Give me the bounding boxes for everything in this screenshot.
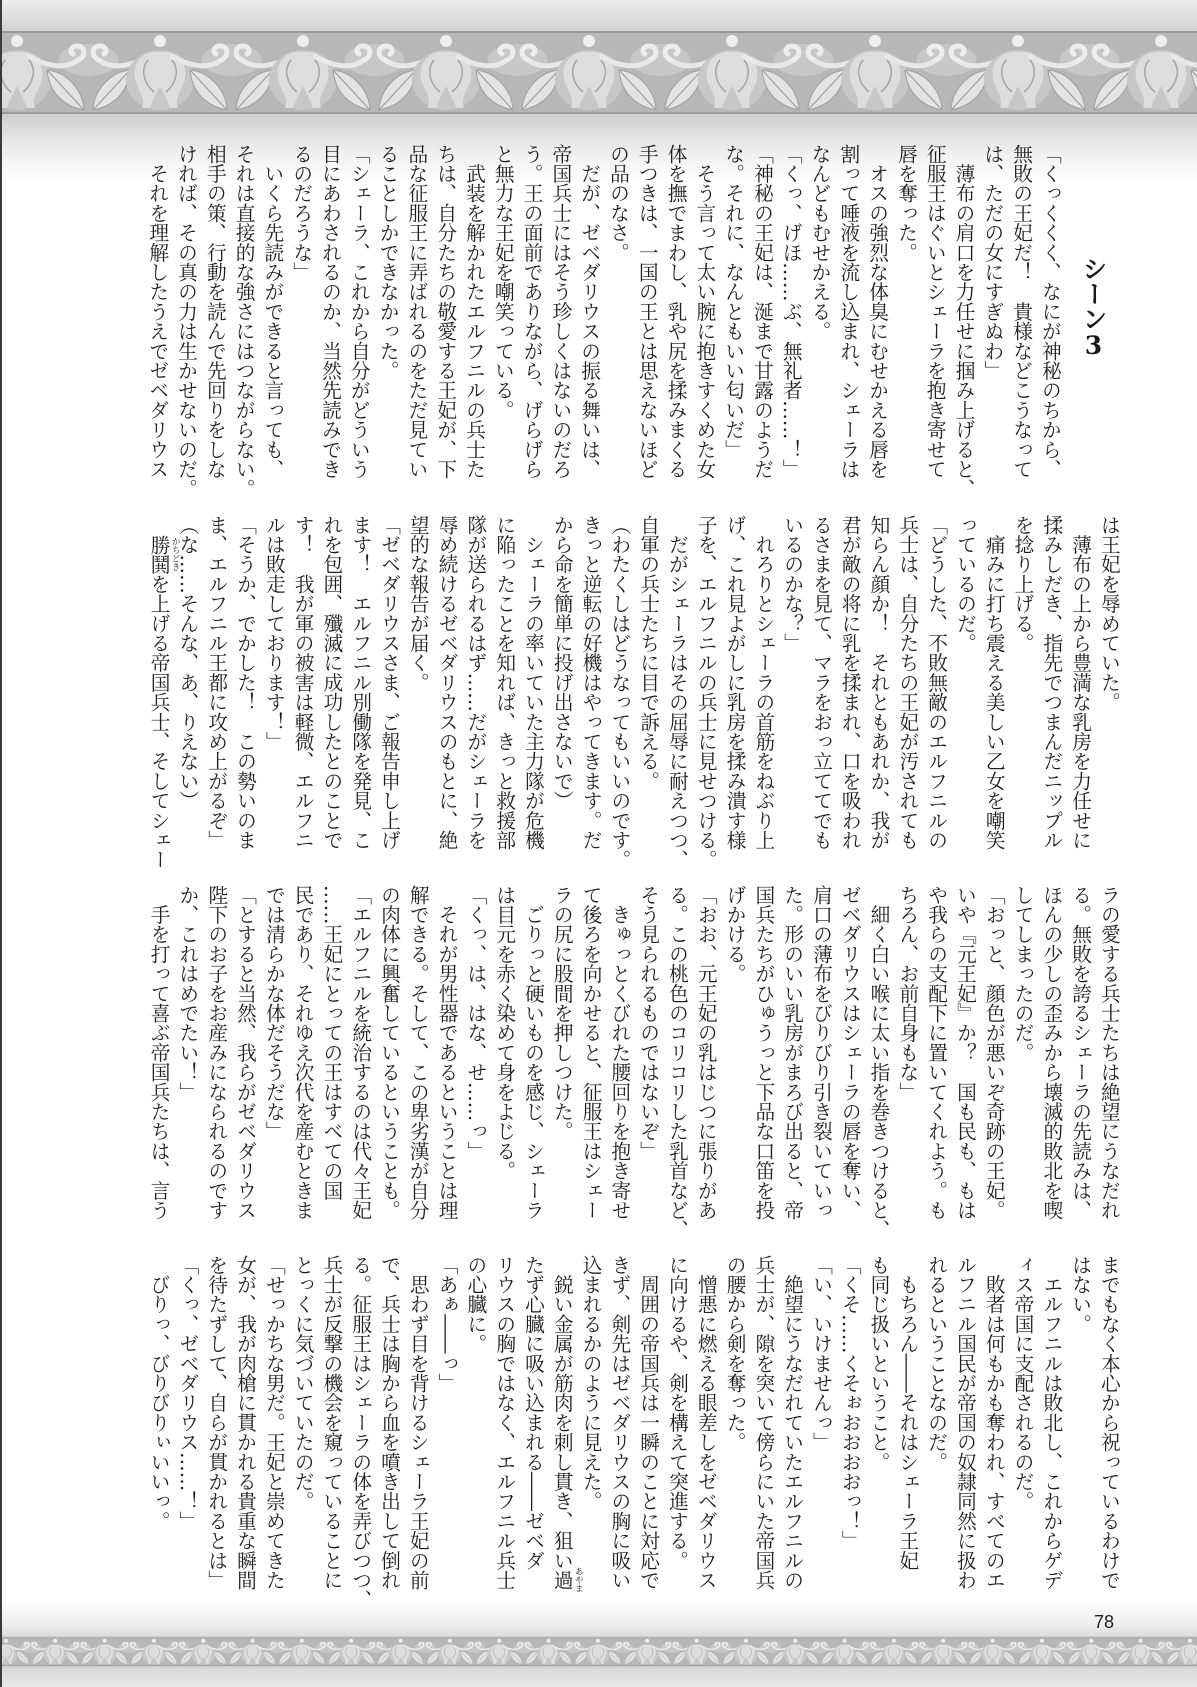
text-line: に向けるや、剣を構えて突進する。 (662, 1255, 691, 1600)
text-line: 知らん顔か！ それともあれか、我が (863, 515, 892, 860)
text-line: 「い、いけませんっ」 (806, 1255, 835, 1600)
text-line: そう言って太い腕に抱きすくめた女 (689, 144, 718, 489)
ruby-word: 勝鬨かちどき (147, 535, 170, 574)
text-line: では清らかな体だそうだな」 (259, 885, 288, 1230)
page-edge-line (0, 0, 2, 1687)
line-text-before: 鋭い金属が筋肉を刺し貫き、狙い (550, 1255, 573, 1570)
text-line: ちは、自分たちの敬愛する王妃が、下 (430, 144, 459, 489)
text-line: う。王の面前でありながら、げらげら (516, 144, 545, 489)
text-line: 自軍の兵士たちに目で訴える。 (633, 515, 662, 860)
text-line: る。この桃色のコリコリした乳首など、 (662, 885, 691, 1230)
text-line: 「そうか、でかした！ この勢いのま (230, 515, 259, 860)
text-line: の品のなさ。 (603, 144, 632, 489)
text-line: 痛みに打ち震える美しい乙女を嘲笑 (978, 515, 1007, 860)
text-line: ければ、その真の力は生かせないのだ。 (171, 144, 200, 489)
text-line: 品な征服王に弄ばれるのをただ見てい (401, 144, 430, 489)
text-line: 憎悪に燃える眼差しをゼベダリウス (690, 1255, 719, 1600)
text-line: きず、剣先はゼベダリウスの胸に吸い (604, 1255, 633, 1600)
text-line: ることしかできなかった。 (372, 144, 401, 489)
text-line: は、ただの女にすぎぬわ」 (977, 144, 1006, 489)
page-number: 78 (1094, 1612, 1114, 1633)
text-line: 「あぁ――っ」 (431, 1255, 460, 1600)
text-line: 兵士が、隙を突いて傍らにいた帝国兵 (748, 1255, 777, 1600)
text-line: や我らの支配下に置いてくれよう。も (921, 885, 950, 1230)
text-line: 「ゼベダリウスさま、ご報告申し上げ (374, 515, 403, 860)
text-line: 「エルフニルを統治するのは代々王妃 (345, 885, 374, 1230)
text-line: ルフニル国民が帝国の奴隷同然に扱わ (950, 1255, 979, 1600)
text-line: な。それに、なんともいい匂いだ」 (718, 144, 747, 489)
text-line: 「くそ……くそぉおおおおっ！」 (834, 1255, 863, 1600)
text-line-with-ruby: 勝鬨かちどきを上げる帝国兵士、そしてシェー (143, 515, 172, 860)
text-line: ほんの少しの歪みから壊滅的敗北を喫 (1036, 885, 1065, 1230)
text-line: 「くっ、げほ……ぶ、無礼者……！」 (775, 144, 804, 489)
text-line: 「くっ、ゼベダリウス……！」 (172, 1255, 201, 1600)
ruby-base: 勝鬨 (147, 535, 170, 574)
text-line: 揉みしだき、指先でつまんだニップル (1036, 515, 1065, 860)
text-line: は王妃を辱めていた。 (1094, 515, 1123, 860)
text-line: それが男性器であるということは理 (431, 885, 460, 1230)
text-line: 手を打って喜ぶ帝国兵たちは、言う (143, 885, 172, 1230)
footer-ornament-border (0, 1630, 1197, 1675)
text-line: 「シェーラ、これから自分がどういう (343, 144, 372, 489)
text-line: それは直接的な強さにはつながらない。 (228, 144, 257, 489)
text-line: 解できる。そして、この卑劣漢が自分 (402, 885, 431, 1230)
text-line: 武装を解かれたエルフニルの兵士た (459, 144, 488, 489)
text-line: 込まれるかのように見えた。 (575, 1255, 604, 1600)
text-line: 「神秘の王妃は、涎まで甘露のようだ (747, 144, 776, 489)
text-line: れるということなのだ。 (921, 1255, 950, 1600)
text-line: るさまを見て、マラをおっ立ててでも (806, 515, 835, 860)
text-line: 割って唾液を流し込まれ、シェーラは (833, 144, 862, 489)
text-line: っているのだ。 (950, 515, 979, 860)
text-line: してしまったのだ。 (1007, 885, 1036, 1230)
text-line: 帝国兵士にはそう珍しくはないのだろ (545, 144, 574, 489)
text-line: 薄布の上から豊満な乳房を力任せに (1065, 515, 1094, 860)
text-line: れを包囲、殲滅に成功したとのことで (316, 515, 345, 860)
text-line: いくら先読みができると言っても、 (257, 144, 286, 489)
text-line: 周囲の帝国兵は一瞬のことに対応で (633, 1255, 662, 1600)
text-line: リウスの胸ではなく、エルフニル兵士 (489, 1255, 518, 1600)
header-ornament-border (0, 0, 1197, 125)
text-line: 肩口の薄布をびりびり引き裂いていっ (806, 885, 835, 1230)
text-line: 征服王はぐいとシェーラを抱き寄せて (919, 144, 948, 489)
text-line: の腰から剣を奪った。 (719, 1255, 748, 1600)
text-line: も同じ扱いということ。 (863, 1255, 892, 1600)
text-tier-4: までもなく本心から祝っているわけで はない。 エルフニルは敗北し、これからゲデ … (143, 1255, 1122, 1600)
text-line: それを理解したうえでゼベダリウス (142, 144, 171, 489)
text-line: 絶望にうなだれていたエルフニルの (777, 1255, 806, 1600)
text-line: て後ろを向かせると、征服王はシェー (575, 885, 604, 1230)
text-line: ます！ エルフニル別働隊を発見、こ (345, 515, 374, 860)
text-tier-1: 「くっくくく、なにが神秘のちから、 無敗の王妃だ！ 貴様などこうなって は、ただ… (142, 144, 1064, 489)
text-line: ……王妃にとっての王はすべての国 (316, 885, 345, 1230)
text-line: 「おお、元王妃の乳はじつに張りがあ (690, 885, 719, 1230)
text-line: 相手の策、行動を読んで先回りをしな (200, 144, 229, 489)
text-line: 子を、エルフニルの兵士に見せつける。 (690, 515, 719, 860)
text-line: ま、エルフニル王都に攻め上がるぞ」 (201, 515, 230, 860)
text-line: 唇を奪った。 (891, 144, 920, 489)
text-line: げ、これ見よがしに乳房を揉み潰す様 (719, 515, 748, 860)
text-line: きっと逆転の好機はやってきます。だ (575, 515, 604, 860)
text-line: れろりとシェーラの首筋をねぶり上 (748, 515, 777, 860)
line-text-before (147, 515, 170, 535)
text-line: だがシェーラはその屈辱に耐えつつ、 (662, 515, 691, 860)
text-line: る。征服王はシェーラの体を弄びつつ、 (345, 1255, 374, 1600)
text-line: 辱め続けるゼベダリウスのもとに、絶 (431, 515, 460, 860)
text-line: 陛下のお子をお産みになられるのです (201, 885, 230, 1230)
text-line: 体を撫でまわし、乳や尻を揉みまくる (660, 144, 689, 489)
ruby-reading: あやま (573, 1567, 582, 1593)
text-line: は目元を赤く染めて身をよじる。 (489, 885, 518, 1230)
text-line: までもなく本心から祝っているわけで (1094, 1255, 1123, 1600)
text-line: オスの強烈な体臭にむせかえる唇を (862, 144, 891, 489)
section-title: シーン3 (1079, 256, 1107, 360)
text-line: 思わず目を背けるシェーラ王妃の前 (402, 1255, 431, 1600)
text-line: と無力な王妃を嘲笑っている。 (487, 144, 516, 489)
text-line: ちろん、お前自身もな」 (892, 885, 921, 1230)
text-line: 無敗の王妃だ！ 貴様などこうなって (1006, 144, 1035, 489)
text-line: 兵士は、自分たちの王妃が汚されても (892, 515, 921, 860)
text-tier-3: ラの愛する兵士たちは絶望にうなだれ る。無敗を誇るシェーラの先読みは、 ほんの少… (143, 885, 1122, 1230)
text-line: （わたくしはどうなってもいいのです。 (604, 515, 633, 860)
text-line: す！ 我が軍の被害は軽微、エルフニ (287, 515, 316, 860)
text-line: の心臓に。 (460, 1255, 489, 1600)
text-line: びりっ、びりびりぃいいっ。 (143, 1255, 172, 1600)
text-line: で、兵士は胸から血を噴き出して倒れ (374, 1255, 403, 1600)
text-line: 目にあわされるのか、当然先読みでき (315, 144, 344, 489)
text-line: 敗者は何もかも奪われ、すべてのエ (978, 1255, 1007, 1600)
text-line: そう見られるものではないぞ」 (633, 885, 662, 1230)
text-line: 兵士が反撃の機会を窺っていることに (316, 1255, 345, 1600)
text-line: を待たずして、自らが貫かれるとは」 (201, 1255, 230, 1600)
text-line: げかける。 (719, 885, 748, 1230)
text-line: 隊が送られるはず……だがシェーラを (460, 515, 489, 860)
text-line: るのだろうな」 (286, 144, 315, 489)
text-line: もちろん――それはシェーラ王妃 (892, 1255, 921, 1600)
text-line: から命を簡単に投げ出さないで） (546, 515, 575, 860)
text-line: ラの愛する兵士たちは絶望にうなだれ (1094, 885, 1123, 1230)
text-line: 女が、我が肉槍に貫かれる貴重な瞬間 (230, 1255, 259, 1600)
text-line: を捻り上げる。 (1007, 515, 1036, 860)
text-line: 民であり、それゆえ次代を産むときま (287, 885, 316, 1230)
text-line: とっくに気づいていたのだ。 (287, 1255, 316, 1600)
text-line: 君が敵の将に乳を揉まれ、口を吸われ (834, 515, 863, 860)
text-line: いや『元王妃』か？ 国も民も、もは (950, 885, 979, 1230)
text-line: る。無敗を誇るシェーラの先読みは、 (1065, 885, 1094, 1230)
text-line: いるのかな？」 (777, 515, 806, 860)
text-line: シェーラの率いていた主力隊が危機 (518, 515, 547, 860)
text-line: ラの尻に股間を押しつけた。 (546, 885, 575, 1230)
text-line: ルは敗走しております！」 (259, 515, 288, 860)
text-line: 「とすると当然、我らがゼベダリウス (230, 885, 259, 1230)
text-line: た。形のいい乳房がまろび出ると、帝 (777, 885, 806, 1230)
text-line: 「せっかちな男だ。王妃と崇めてきた (259, 1255, 288, 1600)
line-text-after: を上げる帝国兵士、そしてシェー (147, 574, 170, 870)
ruby-reading: かちどき (170, 537, 179, 571)
ruby-base: 過 (550, 1570, 573, 1590)
text-line: エルフニルは敗北し、これからゲデ (1036, 1255, 1065, 1600)
text-line-with-ruby: 鋭い金属が筋肉を刺し貫き、狙い過あやま (546, 1255, 575, 1600)
text-line: ゼベダリウスはシェーラの唇を奪い、 (834, 885, 863, 1230)
text-line: 「くっくくく、なにが神秘のちから、 (1035, 144, 1064, 489)
text-line: 細く白い喉に太い指を巻きつけると、 (863, 885, 892, 1230)
text-line: 「どうした、不敗無敵のエルフニルの (921, 515, 950, 860)
text-line: 「おっと、顔色が悪いぞ奇跡の王妃。 (978, 885, 1007, 1230)
text-line: はない。 (1065, 1255, 1094, 1600)
text-line: か、これはめでたい！」 (172, 885, 201, 1230)
text-line: 国兵たちがひゅうっと下品な口笛を投 (748, 885, 777, 1230)
text-line: たず心臓に吸い込まれる――ゼベダ (518, 1255, 547, 1600)
text-line: なんどもむせかえる。 (804, 144, 833, 489)
text-line: 薄布の肩口を力任せに掴み上げると、 (948, 144, 977, 489)
text-tier-2: は王妃を辱めていた。 薄布の上から豊満な乳房を力任せに 揉みしだき、指先でつまん… (143, 515, 1122, 860)
text-line: ィス帝国に支配されるのだ。 (1007, 1255, 1036, 1600)
text-line: の肉体に興奮しているということも。 (374, 885, 403, 1230)
text-line: に陥ったことを知れば、きっと救援部 (489, 515, 518, 860)
text-line: ごりっと硬いものを感じ、シェーラ (518, 885, 547, 1230)
text-line: 手つきは、一国の王とは思えないほど (631, 144, 660, 489)
text-line: 「くっ、は、はな、せ……っ」 (460, 885, 489, 1230)
ruby-word: 過あやま (550, 1570, 573, 1590)
text-line: 望的な報告が届く。 (402, 515, 431, 860)
text-line: だが、ゼベダリウスの振る舞いは、 (574, 144, 603, 489)
text-line: きゅっとくびれた腰回りを抱き寄せ (604, 885, 633, 1230)
